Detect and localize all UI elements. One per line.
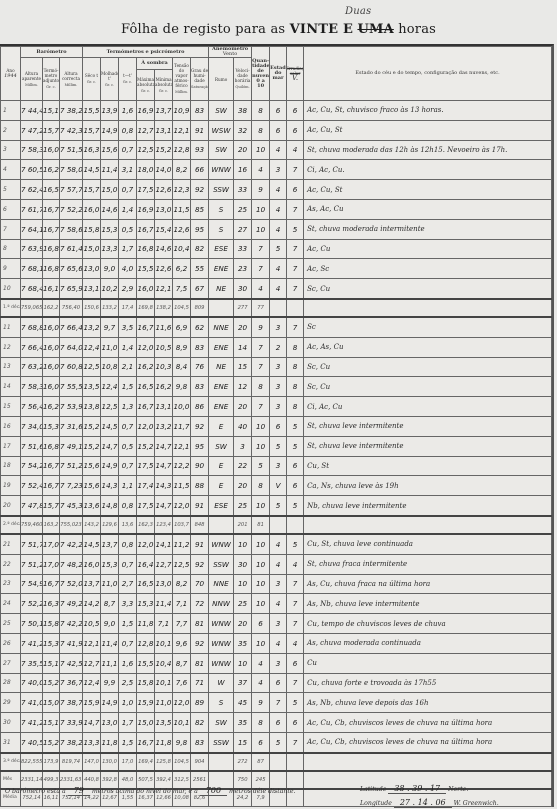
- term-cell: 16,0: [43, 357, 60, 377]
- molh-cell: 9,0: [101, 259, 119, 279]
- irr-cell: 8: [287, 337, 304, 357]
- alt_ap-cell: 7 47,20: [21, 120, 43, 140]
- tens-cell: 103,7: [173, 516, 191, 534]
- alt_ap-cell: 7 58,30: [21, 140, 43, 160]
- coordinates: Latitude 38 . 39 . 17 Norte. Longitude 2…: [360, 782, 499, 809]
- tens-cell: 7,6: [173, 673, 191, 693]
- seco-cell: 15,2: [83, 416, 101, 436]
- nuv-cell: 8: [252, 476, 270, 496]
- alt_ap-cell: 7 63,95: [21, 239, 43, 259]
- min-cell: 14,7: [155, 456, 173, 476]
- nuv-cell: 8: [252, 377, 270, 397]
- alt_cor-cell: 7 38,77: [60, 693, 83, 713]
- seco-cell: 13,5: [83, 377, 101, 397]
- nuv-cell: 7: [252, 357, 270, 377]
- mar-cell: [270, 516, 287, 534]
- estado-ceu-cell: St, chuva leve intermitente: [304, 416, 552, 436]
- estado-ceu-cell: St, chuva leve intermitente: [304, 436, 552, 456]
- diff-cell: 3,5: [119, 317, 137, 337]
- day-cell: 16: [1, 416, 21, 436]
- molh-cell: 10,8: [101, 357, 119, 377]
- register-table: Ano1944 Barómetro Termómetros e psicróme…: [0, 46, 552, 807]
- vel-cell: 25: [234, 199, 252, 219]
- day-cell: 17: [1, 436, 21, 456]
- irr-cell: 4: [287, 633, 304, 653]
- min-cell: 7,1: [155, 614, 173, 634]
- nuv-cell: 9: [252, 693, 270, 713]
- alt_cor-cell: 7 64,03: [60, 337, 83, 357]
- diff-cell: 0,7: [119, 633, 137, 653]
- alt_cor-cell: 7 58,62: [60, 219, 83, 239]
- tens-cell: 12,3: [173, 180, 191, 200]
- molh-cell: 13,7: [101, 534, 119, 554]
- term-cell: 16,8: [43, 239, 60, 259]
- mar-cell: 4: [270, 219, 287, 239]
- table-row: 267 41,2515,37 41,9712,111,40,712,810,19…: [1, 633, 552, 653]
- nuv-cell: 6: [252, 614, 270, 634]
- diff-cell: 1,7: [119, 239, 137, 259]
- vel-cell: 3: [234, 436, 252, 456]
- rumo-cell: ENE: [209, 337, 234, 357]
- tens-cell: 8,7: [173, 653, 191, 673]
- day-cell: 7: [1, 219, 21, 239]
- min-cell: 14,7: [155, 496, 173, 516]
- diff-cell: 1,5: [119, 614, 137, 634]
- nuv-cell: 10: [252, 436, 270, 456]
- term-cell: 15,8: [43, 614, 60, 634]
- estado-ceu-cell: Ac, Cu: [304, 239, 552, 259]
- tens-cell: 10,0: [173, 397, 191, 417]
- rumo-cell: ESE: [209, 239, 234, 259]
- year-header: Ano1944: [1, 47, 21, 101]
- seco-cell: 15,6: [83, 476, 101, 496]
- rumo-cell: NNW: [209, 594, 234, 614]
- table-row: 117 68,8516,07 66,4213,29,73,516,711,66,…: [1, 317, 552, 337]
- footer: O barómetro está a 79 metros acima do ni…: [5, 786, 550, 795]
- nuv-cell: 10: [252, 633, 270, 653]
- alt_cor-cell: 7 49,23: [60, 594, 83, 614]
- estado-ceu-cell: Ac, Cu, St: [304, 120, 552, 140]
- term-cell: 17,0: [43, 534, 60, 554]
- day-cell: 21: [1, 534, 21, 554]
- rumo-cell: SSW: [209, 732, 234, 752]
- min-cell: 12,6: [155, 180, 173, 200]
- mar-cell: 4: [270, 199, 287, 219]
- term-cell: 173,9: [43, 753, 60, 771]
- mar-cell: 3: [270, 614, 287, 634]
- term-cell: 15,1: [43, 713, 60, 733]
- min-cell: 13,5: [155, 713, 173, 733]
- sombra-header: À sombra: [137, 58, 173, 70]
- max-cell: 16,5: [137, 574, 155, 594]
- term-cell: 163,2: [43, 516, 60, 534]
- tens-cell: 8,9: [173, 337, 191, 357]
- mar-cell: 4: [270, 633, 287, 653]
- diff-cell: 1,5: [119, 732, 137, 752]
- min-cell: 14,7: [155, 436, 173, 456]
- max-cell: 16,7: [137, 219, 155, 239]
- term-cell: 15,7: [43, 496, 60, 516]
- day-cell: 24: [1, 594, 21, 614]
- alt_ap-cell: 7 51,70: [21, 534, 43, 554]
- rumo-cell: WNW: [209, 614, 234, 634]
- alt_ap-cell: 7 60,50: [21, 160, 43, 180]
- term-cell: 15,1: [43, 101, 60, 121]
- rumo-cell: WNW: [209, 534, 234, 554]
- hum-cell: 809: [191, 299, 209, 317]
- rumo-cell: NNE: [209, 574, 234, 594]
- nuv-cell: 4: [252, 673, 270, 693]
- vel-cell: 30: [234, 279, 252, 299]
- max-cell: 16,8: [137, 239, 155, 259]
- title-struck-word: UMA: [357, 22, 393, 37]
- alt_cor-cell: 7 49,17: [60, 436, 83, 456]
- mar-cell: 4: [270, 279, 287, 299]
- rumo-cell: E: [209, 476, 234, 496]
- tens-cell: 10,4: [173, 239, 191, 259]
- mar-cell: 3: [270, 653, 287, 673]
- term-cell: 15,2: [43, 732, 60, 752]
- irr-cell: 5: [287, 416, 304, 436]
- alt_ap-cell: 7 34,05: [21, 416, 43, 436]
- mar-cell: 4: [270, 554, 287, 574]
- rumo-cell: S: [209, 199, 234, 219]
- altura-correcta-header: Altura correctaMillim.: [60, 58, 83, 101]
- min-cell: 11,0: [155, 693, 173, 713]
- rumo-cell: NNE: [209, 317, 234, 337]
- term-cell: 15,1: [43, 653, 60, 673]
- irr-cell: 6: [287, 180, 304, 200]
- day-cell: 13: [1, 357, 21, 377]
- term-cell: 15,7: [43, 120, 60, 140]
- rumo-cell: SW: [209, 140, 234, 160]
- day-cell: 25: [1, 614, 21, 634]
- molh-cell: 15,3: [101, 219, 119, 239]
- hum-cell: 83: [191, 377, 209, 397]
- min-cell: 12,7: [155, 554, 173, 574]
- tens-cell: 6,9: [173, 317, 191, 337]
- diff-cell: 2,5: [119, 673, 137, 693]
- irr-cell: [287, 299, 304, 317]
- nuvens-header: Quan-tidade de nuvens 0 a 10: [252, 47, 270, 101]
- seco-cell: 13,3: [83, 732, 101, 752]
- alt_ap-cell: 759,065: [21, 299, 43, 317]
- diff-cell: 0,7: [119, 180, 137, 200]
- vel-cell: 37: [234, 673, 252, 693]
- day-cell: 10: [1, 279, 21, 299]
- alt_cor-cell: 7 65,62: [60, 259, 83, 279]
- rumo-cell: W: [209, 673, 234, 693]
- min-cell: 11,4: [155, 594, 173, 614]
- alt_cor-cell: 7 51,23: [60, 456, 83, 476]
- alt_ap-cell: 7 64,10: [21, 219, 43, 239]
- vel-cell: 201: [234, 516, 252, 534]
- irr-cell: [287, 753, 304, 771]
- vel-cell: 20: [234, 397, 252, 417]
- nuv-cell: 7: [252, 239, 270, 259]
- estado-ceu-cell: As, Ac, Cu: [304, 199, 552, 219]
- alt_cor-cell: 7 48,25: [60, 554, 83, 574]
- molh-cell: 14,9: [101, 120, 119, 140]
- day-cell: 26: [1, 633, 21, 653]
- diff-cell: 17,4: [119, 299, 137, 317]
- seco-cell: 16,0: [83, 554, 101, 574]
- estado-ceu-cell: As, Cu, chuva fraca na última hora: [304, 574, 552, 594]
- irr-cell: 5: [287, 436, 304, 456]
- day-cell: 11: [1, 317, 21, 337]
- table-row: 57 62,4016,57 57,7415,715,00,717,512,612…: [1, 180, 552, 200]
- hum-cell: 95: [191, 436, 209, 456]
- vel-cell: 20: [234, 614, 252, 634]
- tens-cell: 9,8: [173, 377, 191, 397]
- sea-distance: 700: [200, 786, 227, 796]
- nuv-cell: 8: [252, 120, 270, 140]
- mar-cell: 4: [270, 180, 287, 200]
- rumo-cell: SSW: [209, 180, 234, 200]
- mar-cell: 3: [270, 574, 287, 594]
- rumo-cell: E: [209, 456, 234, 476]
- alt_ap-cell: 7 54,95: [21, 574, 43, 594]
- irr-cell: 5: [287, 496, 304, 516]
- mar-cell: 4: [270, 594, 287, 614]
- tensao-header: Tensão do vapor atmos-féricoMillim.: [173, 58, 191, 101]
- estado-ceu-cell: [304, 753, 552, 771]
- max-cell: 12,8: [137, 633, 155, 653]
- tens-cell: 11,2: [173, 534, 191, 554]
- irr-cell: 8: [287, 397, 304, 417]
- irr-cell: 5: [287, 534, 304, 554]
- alt_cor-cell: 7 42,24: [60, 614, 83, 634]
- table-row: 107 68,4016,17 65,9813,110,22,916,012,17…: [1, 279, 552, 299]
- table-row: 317 40,5015,27 38,2513,311,81,516,711,89…: [1, 732, 552, 752]
- table-row: 147 58,3016,07 55,5013,512,41,516,516,29…: [1, 377, 552, 397]
- table-row: 127 66,4516,07 64,0312,411,01,412,010,58…: [1, 337, 552, 357]
- alt_ap-cell: 7 58,30: [21, 377, 43, 397]
- estado-ceu-cell: [304, 516, 552, 534]
- estado-ceu-cell: Sc, Cu: [304, 279, 552, 299]
- table-row: 217 51,7017,07 42,2014,513,70,812,014,11…: [1, 534, 552, 554]
- estado-ceu-cell: St, chuva moderada das 12h às 12h15. Nev…: [304, 140, 552, 160]
- molh-cell: 14,3: [101, 476, 119, 496]
- mar-cell: V: [270, 476, 287, 496]
- page-title: Fôlha de registo para as VINTE E UMA hor…: [0, 22, 557, 37]
- hum-cell: 90: [191, 456, 209, 476]
- mar-cell: 2: [270, 337, 287, 357]
- irr-cell: 7: [287, 594, 304, 614]
- irr-cell: 7: [287, 673, 304, 693]
- alt_cor-cell: 7 36,74: [60, 673, 83, 693]
- altura-aparente-header: Altura aparenteMillim.: [21, 58, 43, 101]
- diff-cell: 1,5: [119, 377, 137, 397]
- summary-row: 2.ª década759,460163,2755,023143,2129,61…: [1, 516, 552, 534]
- molh-cell: 12,5: [101, 397, 119, 417]
- table-row: 157 56,4016,27 53,9713,812,51,316,713,11…: [1, 397, 552, 417]
- molh-cell: 13,3: [101, 239, 119, 259]
- rumo-cell: S: [209, 693, 234, 713]
- tens-cell: 12,1: [173, 436, 191, 456]
- tens-cell: 7,1: [173, 594, 191, 614]
- seco-cell: 15,2: [83, 436, 101, 456]
- min-cell: 14,0: [155, 160, 173, 180]
- hum-cell: 81: [191, 614, 209, 634]
- molhado-header: Molhado t'Gr. c.: [101, 58, 119, 101]
- term-cell: 15,3: [43, 633, 60, 653]
- seco-cell: 13,6: [83, 496, 101, 516]
- alt_ap-cell: 7 62,40: [21, 180, 43, 200]
- molh-cell: 130,0: [101, 753, 119, 771]
- estado-ceu-cell: As, chuva moderada continuada: [304, 633, 552, 653]
- molh-cell: 11,8: [101, 732, 119, 752]
- term-cell: 16,7: [43, 476, 60, 496]
- table-row: 27 47,2015,77 42,3615,714,90,812,713,112…: [1, 120, 552, 140]
- seco-cell: 13,7: [83, 574, 101, 594]
- term-cell: 16,7: [43, 199, 60, 219]
- min-cell: 11,6: [155, 317, 173, 337]
- irr-cell: 8: [287, 357, 304, 377]
- alt_cor-cell: 7 38,25: [60, 732, 83, 752]
- max-cell: 15,3: [137, 594, 155, 614]
- estado-ceu-cell: As, Nb, chuva leve intermitente: [304, 594, 552, 614]
- day-cell: 22: [1, 554, 21, 574]
- irr-cell: 7: [287, 614, 304, 634]
- diff-cell: 1,7: [119, 713, 137, 733]
- vel-cell: 20: [234, 140, 252, 160]
- min-cell: 10,3: [155, 357, 173, 377]
- estado-ceu-cell: Ac, Cu, St: [304, 180, 552, 200]
- molh-cell: 11,0: [101, 574, 119, 594]
- day-cell: 5: [1, 180, 21, 200]
- min-cell: 10,1: [155, 673, 173, 693]
- estado-ceu-cell: Sc, Cu: [304, 377, 552, 397]
- nuv-cell: 5: [252, 456, 270, 476]
- max-cell: 16,0: [137, 279, 155, 299]
- diff-cell: 0,5: [119, 219, 137, 239]
- alt_ap-cell: 7 68,85: [21, 317, 43, 337]
- alt_cor-cell: 7 42,53: [60, 653, 83, 673]
- max-cell: 16,2: [137, 357, 155, 377]
- anemometro-header: AnemómetroVento: [209, 47, 252, 58]
- diff-cell: 0,5: [119, 436, 137, 456]
- day-cell: 14: [1, 377, 21, 397]
- hum-cell: 91: [191, 120, 209, 140]
- tens-cell: 11,5: [173, 476, 191, 496]
- rumo-cell: ENE: [209, 259, 234, 279]
- min-cell: 10,5: [155, 337, 173, 357]
- vel-cell: 30: [234, 554, 252, 574]
- hum-cell: 848: [191, 516, 209, 534]
- tens-cell: 10,9: [173, 101, 191, 121]
- term-cell: 16,8: [43, 436, 60, 456]
- max-cell: 17,4: [137, 476, 155, 496]
- hum-cell: 86: [191, 397, 209, 417]
- vel-cell: 10: [234, 653, 252, 673]
- tens-cell: 12,1: [173, 120, 191, 140]
- max-cell: 15,8: [137, 673, 155, 693]
- alt_ap-cell: 7 35,50: [21, 653, 43, 673]
- rumo-cell: [209, 753, 234, 771]
- estado-ceu-cell: Sc: [304, 317, 552, 337]
- day-cell: 31: [1, 732, 21, 752]
- diff-cell: 1,6: [119, 653, 137, 673]
- hum-cell: 92: [191, 554, 209, 574]
- vel-cell: 10: [234, 534, 252, 554]
- max-cell: 16,7: [137, 732, 155, 752]
- mar-cell: 3: [270, 160, 287, 180]
- table-row: 297 41,0015,07 38,7715,914,91,015,911,01…: [1, 693, 552, 713]
- alt_ap-cell: 7 68,10: [21, 259, 43, 279]
- estado-ceu-cell: Cu, St: [304, 456, 552, 476]
- irr-cell: [287, 516, 304, 534]
- day-cell: 1: [1, 101, 21, 121]
- termometros-header: Termómetros e psicrómetro: [83, 47, 209, 58]
- hum-cell: 76: [191, 357, 209, 377]
- irr-cell: 8: [287, 377, 304, 397]
- summary-label: 3.ª década: [1, 753, 21, 771]
- max-cell: 15,2: [137, 436, 155, 456]
- max-cell: 18,0: [137, 160, 155, 180]
- molh-cell: 9,7: [101, 317, 119, 337]
- max-cell: 12,0: [137, 337, 155, 357]
- irr-cell: 6: [287, 476, 304, 496]
- alt_cor-cell: 7 53,97: [60, 397, 83, 417]
- irr-cell: 7: [287, 574, 304, 594]
- diff-cell: 3,3: [119, 594, 137, 614]
- mar-cell: 5: [270, 436, 287, 456]
- day-cell: 3: [1, 140, 21, 160]
- alt_cor-cell: 7 31,62: [60, 416, 83, 436]
- longitude-value: 27 . 14 . 06: [394, 798, 452, 808]
- max-cell: 12,0: [137, 534, 155, 554]
- nuv-cell: 10: [252, 574, 270, 594]
- barometer-height: 79: [68, 786, 90, 796]
- rumo-cell: NE: [209, 279, 234, 299]
- day-cell: 18: [1, 456, 21, 476]
- irr-cell: 6: [287, 713, 304, 733]
- hum-cell: 92: [191, 180, 209, 200]
- alt_cor-cell: 7 52,27: [60, 199, 83, 219]
- min-cell: 13,0: [155, 199, 173, 219]
- alt_ap-cell: 7 52,20: [21, 594, 43, 614]
- mar-cell: 3: [270, 456, 287, 476]
- diff-cell: 1,1: [119, 476, 137, 496]
- nuv-cell: 7: [252, 397, 270, 417]
- diff-cell: 2,9: [119, 279, 137, 299]
- vel-cell: 12: [234, 377, 252, 397]
- maxima-header: Máxima absolutaGr. c.: [137, 70, 155, 101]
- vel-cell: 10: [234, 574, 252, 594]
- estado-ceu-cell: Ac, As, Cu: [304, 337, 552, 357]
- nuv-cell: 10: [252, 594, 270, 614]
- nuv-cell: 10: [252, 554, 270, 574]
- molh-cell: 14,5: [101, 416, 119, 436]
- tens-cell: 12,2: [173, 456, 191, 476]
- estado-ceu-cell: Sc, Cu: [304, 357, 552, 377]
- alt_cor-cell: 7 42,36: [60, 120, 83, 140]
- hum-cell: 62: [191, 317, 209, 337]
- table-row: 237 54,9516,77 52,0513,711,02,716,513,08…: [1, 574, 552, 594]
- velocidade-header: Veloci-dade horáriaQuilóm.: [234, 58, 252, 101]
- seco-cell: 13,0: [83, 259, 101, 279]
- max-cell: 17,5: [137, 180, 155, 200]
- vel-cell: 23: [234, 259, 252, 279]
- tens-cell: 9,6: [173, 633, 191, 653]
- seco-cell: 14,5: [83, 160, 101, 180]
- irr-cell: 7: [287, 239, 304, 259]
- vel-cell: 14: [234, 337, 252, 357]
- estado-ceu-cell: Cu, chuva forte e trovoada às 17h55: [304, 673, 552, 693]
- tens-cell: 11,7: [173, 416, 191, 436]
- term-cell: 16,2: [43, 160, 60, 180]
